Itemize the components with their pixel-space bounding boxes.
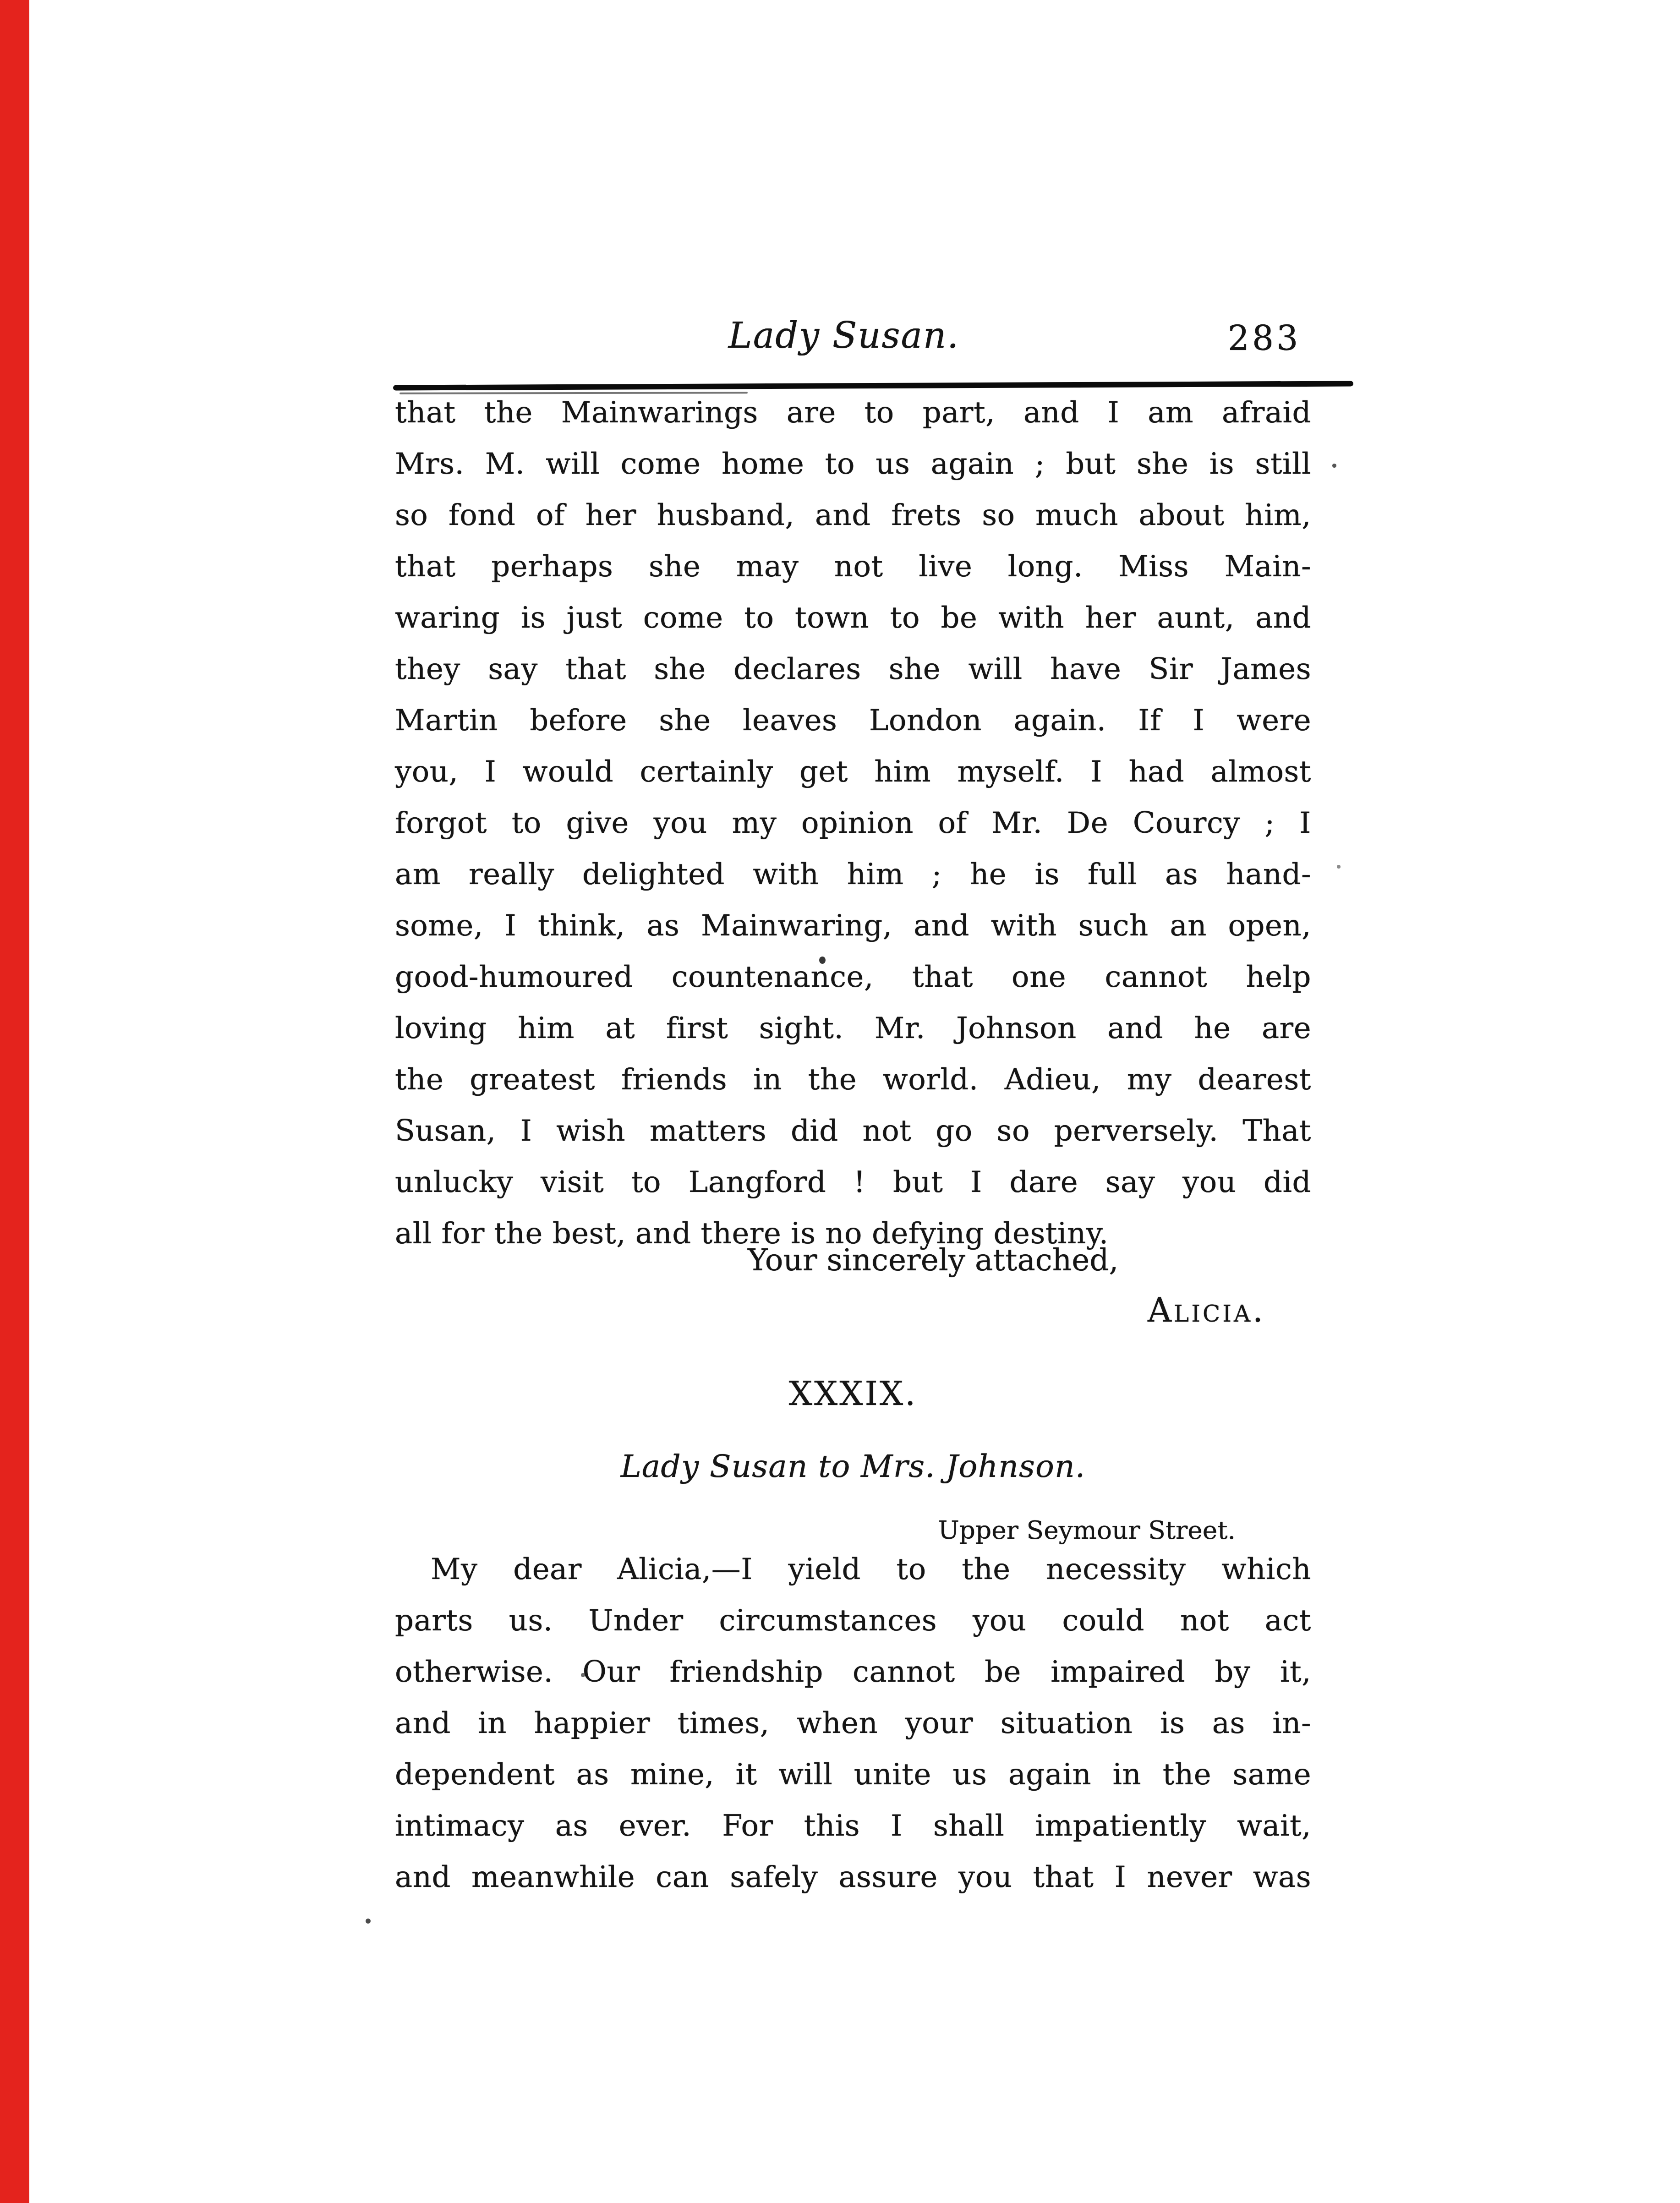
text-line: that the Mainwarings are to part, and I … (395, 387, 1311, 438)
text-line: dependent as mine, it will unite us agai… (395, 1749, 1311, 1800)
scan-speck (1332, 464, 1336, 468)
text-line: loving him at first sight. Mr. Johnson a… (395, 1003, 1311, 1054)
text-line: parts us. Under circumstances you could … (395, 1595, 1311, 1646)
scan-speck (366, 1919, 371, 1924)
letter-signature: Alicia. (395, 1291, 1311, 1329)
text-line: unlucky visit to Langford ! but I dare s… (395, 1157, 1311, 1208)
text-line: forgot to give you my opinion of Mr. De … (395, 798, 1311, 849)
text-line: the greatest friends in the world. Adieu… (395, 1054, 1311, 1105)
text-line: they say that she declares she will have… (395, 644, 1311, 695)
text-line: Martin before she leaves London again. I… (395, 695, 1311, 746)
text-line: and meanwhile can safely assure you that… (395, 1852, 1311, 1903)
section-subtitle: Lady Susan to Mrs. Johnson. (395, 1449, 1311, 1485)
text-line: waring is just come to town to be with h… (395, 592, 1311, 644)
text-line: Susan, I wish matters did not go so perv… (395, 1105, 1311, 1157)
letter-closing: Your sincerely attached, (748, 1242, 1119, 1278)
scan-edge-stripe (0, 0, 29, 2203)
scan-speck (819, 957, 826, 964)
book-page: Lady Susan. 283 that the Mainwarings are… (0, 0, 1680, 2203)
scan-speck (581, 1673, 585, 1677)
text-line: Mrs. M. will come home to us again ; but… (395, 438, 1311, 490)
letter-dateline: Upper Seymour Street. (395, 1515, 1311, 1545)
text-line: some, I think, as Mainwaring, and with s… (395, 900, 1311, 951)
page-number: 283 (1228, 319, 1319, 358)
scan-speck (1337, 865, 1341, 869)
section-heading: XXXIX. (395, 1374, 1311, 1413)
text-line: that perhaps she may not live long. Miss… (395, 541, 1311, 592)
text-line: intimacy as ever. For this I shall impat… (395, 1800, 1311, 1852)
text-line: you, I would certainly get him myself. I… (395, 746, 1311, 798)
letter-body-second: My dear Alicia,—I yield to the necessity… (395, 1544, 1311, 1903)
text-line: and in happier times, when your situatio… (395, 1698, 1311, 1749)
text-line: am really delighted with him ; he is ful… (395, 849, 1311, 900)
text-line: My dear Alicia,—I yield to the necessity… (395, 1544, 1311, 1595)
text-line: otherwise. Our friendship cannot be impa… (395, 1646, 1311, 1698)
text-line: good-humoured countenance, that one cann… (395, 951, 1311, 1003)
letter-body-first: that the Mainwarings are to part, and I … (395, 387, 1311, 1259)
page-title: Lady Susan. (386, 315, 1302, 356)
text-line: so fond of her husband, and frets so muc… (395, 490, 1311, 541)
